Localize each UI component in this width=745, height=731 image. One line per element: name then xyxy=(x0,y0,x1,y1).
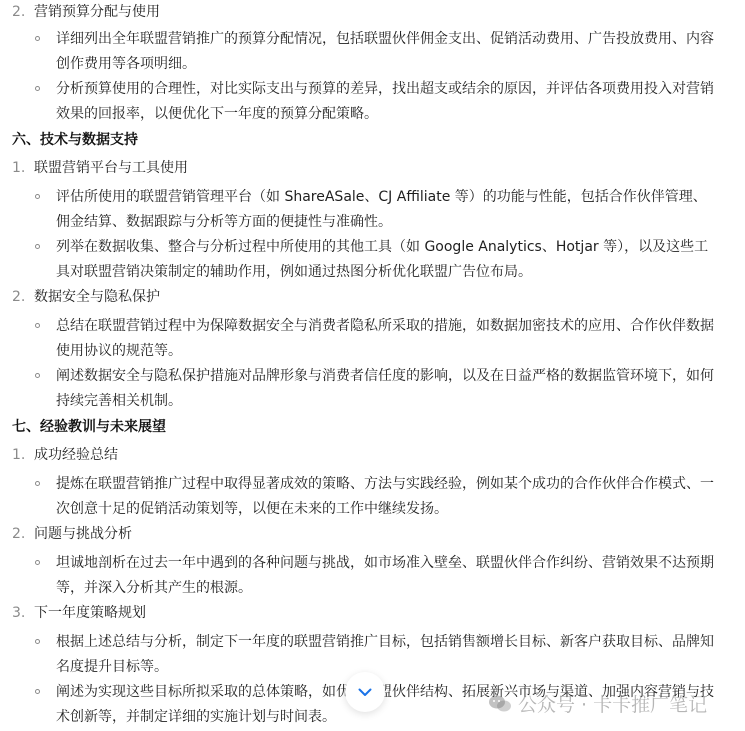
bullet-item: 根据上述总结与分析，制定下一年度的联盟营销推广目标，包括销售额增长目标、新客户获… xyxy=(35,630,715,680)
list-item-title: 联盟营销平台与工具使用 xyxy=(34,160,188,176)
bullet-item: 评估所使用的联盟营销管理平台（如 ShareASale、CJ Affiliate… xyxy=(35,185,715,235)
list-number: 1. xyxy=(12,158,34,178)
section-heading: 七、经验教训与未来展望 xyxy=(12,417,166,437)
bullet-item: 分析预算使用的合理性，对比实际支出与预算的差异，找出超支或结余的原因，并评估各项… xyxy=(35,77,715,127)
bullet-item: 列举在数据收集、整合与分析过程中所使用的其他工具（如 Google Analyt… xyxy=(35,235,715,285)
bullet-item: 坦诚地剖析在过去一年中遇到的各种问题与挑战，如市场准入壁垒、联盟伙伴合作纠纷、营… xyxy=(35,551,715,601)
list-item-title: 下一年度策略规划 xyxy=(34,605,146,621)
list-item-budget: 2.营销预算分配与使用 xyxy=(12,2,160,22)
bullet-circle-icon xyxy=(35,244,40,249)
list-item-title: 成功经验总结 xyxy=(34,447,118,463)
list-item-platform: 1.联盟营销平台与工具使用 xyxy=(12,158,188,178)
chevron-down-icon xyxy=(358,688,372,697)
bullet-circle-icon xyxy=(35,194,40,199)
bullet-item: 总结在联盟营销过程中为保障数据安全与消费者隐私所采取的措施，如数据加密技术的应用… xyxy=(35,314,715,364)
bullet-circle-icon xyxy=(35,36,40,41)
bullet-circle-icon xyxy=(35,323,40,328)
bullet-circle-icon xyxy=(35,86,40,91)
list-item-success: 1.成功经验总结 xyxy=(12,445,118,465)
list-number: 2. xyxy=(12,2,34,22)
list-number: 2. xyxy=(12,287,34,307)
bullet-circle-icon xyxy=(35,560,40,565)
bullet-circle-icon xyxy=(35,639,40,644)
list-item-title: 问题与挑战分析 xyxy=(34,526,132,542)
list-item-title: 营销预算分配与使用 xyxy=(34,4,160,20)
list-item-next-year: 3.下一年度策略规划 xyxy=(12,603,146,623)
bullet-circle-icon xyxy=(35,481,40,486)
list-number: 2. xyxy=(12,524,34,544)
bullet-item: 阐述数据安全与隐私保护措施对品牌形象与消费者信任度的影响，以及在日益严格的数据监… xyxy=(35,364,715,414)
bullet-circle-icon xyxy=(35,689,40,694)
scroll-down-button[interactable] xyxy=(345,672,385,712)
bullet-item: 提炼在联盟营销推广过程中取得显著成效的策略、方法与实践经验，例如某个成功的合作伙… xyxy=(35,472,715,522)
section-heading: 六、技术与数据支持 xyxy=(12,130,138,150)
bullet-circle-icon xyxy=(35,373,40,378)
list-item-challenges: 2.问题与挑战分析 xyxy=(12,524,132,544)
list-number: 3. xyxy=(12,603,34,623)
list-item-title: 数据安全与隐私保护 xyxy=(34,289,160,305)
list-item-data-security: 2.数据安全与隐私保护 xyxy=(12,287,160,307)
list-number: 1. xyxy=(12,445,34,465)
bullet-item: 详细列出全年联盟营销推广的预算分配情况，包括联盟伙伴佣金支出、促销活动费用、广告… xyxy=(35,27,715,77)
